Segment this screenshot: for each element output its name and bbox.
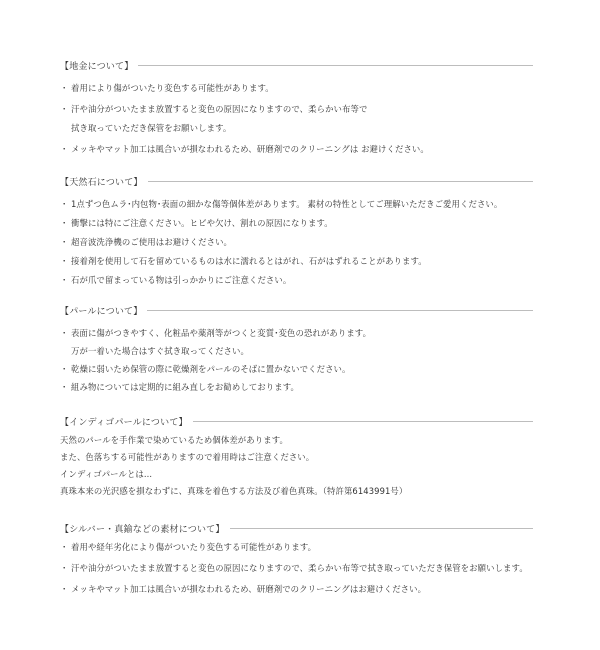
list-item: ・ 汗や油分がついたまま放置すると変色の原因になりますので、柔らかい布等で拭き取… xyxy=(60,562,533,583)
bullet-icon: ・ xyxy=(60,541,68,553)
bullet-icon: ・ xyxy=(60,274,68,286)
list-item: ・ 衝撃には特にご注意ください。ヒビや欠け、割れの原因になります。 xyxy=(60,217,533,236)
paragraph: また、色落ちする可能性がありますので着用時はご注意ください。 xyxy=(60,451,533,468)
bullet-icon: ・ xyxy=(60,327,68,339)
divider-line xyxy=(147,310,533,311)
bullet-icon: ・ xyxy=(60,363,68,375)
list-item: ・ 超音波洗浄機のご使用はお避けください。 xyxy=(60,236,533,255)
list-item: ・ 石が爪で留まっている物は引っかかりにご注意ください。 xyxy=(60,274,533,286)
list-item: ・ 接着剤を使用して石を留めているものは水に濡れるとはがれ、石がはずれることがあ… xyxy=(60,255,533,274)
list-item: ・ 着用や経年劣化により傷がついたり変色する可能性があります。 xyxy=(60,541,533,562)
item-text: 石が爪で留まっている物は引っかかりにご注意ください。 xyxy=(71,275,291,285)
section-natural-stone: 【天然石について】 ・ 1点ずつ色ムラ･内包物･表面の細かな傷等個体差があります… xyxy=(60,174,533,286)
section-heading: 【シルバー・真鍮などの素材について】 xyxy=(60,522,225,535)
list-item: ・ 表面に傷がつきやすく、化粧品や薬剤等がつくと変質･変色の恐れがあります。 xyxy=(60,327,533,345)
list-item-continuation: 拭き取っていただき保管をお願いします。 xyxy=(60,122,533,143)
list-item-continuation: 万が一着いた場合はすぐ拭き取ってください。 xyxy=(60,345,533,363)
list-item: ・ 着用により傷がついたり変色する可能性があります。 xyxy=(60,82,533,103)
paragraph: 天然のパールを手作業で染めているため個体差があります。 xyxy=(60,434,533,451)
bullet-icon: ・ xyxy=(60,143,68,155)
item-text: 万が一着いた場合はすぐ拭き取ってください。 xyxy=(71,346,249,356)
section-header: 【天然石について】 xyxy=(60,174,533,188)
section-heading: 【パールについて】 xyxy=(60,304,142,317)
divider-line xyxy=(138,65,533,66)
section-silver-brass: 【シルバー・真鍮などの素材について】 ・ 着用や経年劣化により傷がついたり変色す… xyxy=(60,521,533,595)
section-heading: 【天然石について】 xyxy=(60,175,143,188)
bullet-icon: ・ xyxy=(60,381,68,393)
section-header: 【インディゴパールについて】 xyxy=(60,414,533,428)
list-item: ・ 1点ずつ色ムラ･内包物･表面の細かな傷等個体差があります。 素材の特性として… xyxy=(60,198,533,217)
divider-line xyxy=(193,421,533,422)
bullet-icon: ・ xyxy=(60,198,68,210)
divider-line xyxy=(148,181,533,182)
section-base-metal: 【地金について】 ・ 着用により傷がついたり変色する可能性があります。 ・ 汗や… xyxy=(60,58,533,155)
section-header: 【パールについて】 xyxy=(60,303,533,317)
item-text: 着用により傷がついたり変色する可能性があります。 xyxy=(71,83,274,93)
item-text: メッキやマット加工は風合いが損なわれるため、研磨剤でのクリーニングはお避けくださ… xyxy=(71,584,426,594)
bullet-icon: ・ xyxy=(60,217,68,229)
list-item: ・ 組み物については定期的に組み直しをお勧めしております。 xyxy=(60,381,533,393)
item-text: 接着剤を使用して石を留めているものは水に濡れるとはがれ、石がはずれることがありま… xyxy=(71,256,427,266)
section-header: 【地金について】 xyxy=(60,58,533,72)
list-item: ・ メッキやマット加工は風合いが損なわれるため、研磨剤でのクリーニングはお避けく… xyxy=(60,583,533,595)
item-text: 超音波洗浄機のご使用はお避けください。 xyxy=(71,237,232,247)
section-heading: 【地金について】 xyxy=(60,59,133,72)
item-text: 拭き取っていただき保管をお願いします。 xyxy=(71,123,231,133)
item-text: 組み物については定期的に組み直しをお勧めしております。 xyxy=(71,382,299,392)
bullet-icon: ・ xyxy=(60,82,68,94)
paragraph: 真珠本来の光沢感を損なわずに、真珠を着色する方法及び着色真珠。（特許第61439… xyxy=(60,485,533,497)
list-item: ・ 乾燥に弱いため保管の際に乾燥剤をパールのそばに置かないでください。 xyxy=(60,363,533,381)
list-item: ・ メッキやマット加工は風合いが損なわれるため、研磨剤でのクリーニングは お避け… xyxy=(60,143,533,155)
item-text: 1点ずつ色ムラ･内包物･表面の細かな傷等個体差があります。 素材の特性としてご理… xyxy=(71,199,502,209)
bullet-icon: ・ xyxy=(60,103,68,115)
bullet-icon: ・ xyxy=(60,255,68,267)
bullet-icon: ・ xyxy=(60,583,68,595)
item-text: 汗や油分がついたまま放置すると変色の原因になりますので、柔らかい布等で xyxy=(71,104,367,114)
item-text: 汗や油分がついたまま放置すると変色の原因になりますので、柔らかい布等で拭き取って… xyxy=(71,563,528,573)
divider-line xyxy=(230,528,533,529)
section-pearl: 【パールについて】 ・ 表面に傷がつきやすく、化粧品や薬剤等がつくと変質･変色の… xyxy=(60,303,533,393)
section-heading: 【インディゴパールについて】 xyxy=(60,415,188,428)
section-indigo-pearl: 【インディゴパールについて】 天然のパールを手作業で染めているため個体差がありま… xyxy=(60,414,533,497)
paragraph: インディゴパールとは... xyxy=(60,468,533,485)
item-text: 表面に傷がつきやすく、化粧品や薬剤等がつくと変質･変色の恐れがあります。 xyxy=(71,328,371,338)
section-header: 【シルバー・真鍮などの素材について】 xyxy=(60,521,533,535)
item-text: 乾燥に弱いため保管の際に乾燥剤をパールのそばに置かないでください。 xyxy=(71,364,351,374)
item-text: 着用や経年劣化により傷がついたり変色する可能性があります。 xyxy=(71,542,316,552)
item-text: 衝撃には特にご注意ください。ヒビや欠け、割れの原因になります。 xyxy=(71,218,333,228)
bullet-icon: ・ xyxy=(60,562,68,574)
bullet-icon: ・ xyxy=(60,236,68,248)
list-item: ・ 汗や油分がついたまま放置すると変色の原因になりますので、柔らかい布等で xyxy=(60,103,533,122)
item-text: メッキやマット加工は風合いが損なわれるため、研磨剤でのクリーニングは お避けくだ… xyxy=(71,144,429,154)
